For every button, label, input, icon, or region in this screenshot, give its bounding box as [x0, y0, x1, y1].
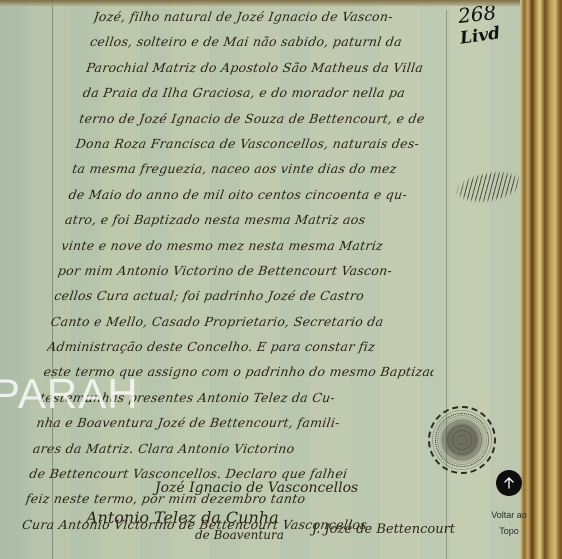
back-to-top-circle[interactable]: [496, 470, 522, 496]
text-line: cellos, solteiro e de Mai não sabido, pa…: [88, 29, 482, 54]
text-line: por mim Antonio Victorino de Bettencourt…: [56, 258, 450, 283]
signature: de Boaventura: [195, 528, 284, 542]
signature: Jozé Ignacio de Vasconcellos: [155, 480, 358, 496]
text-line: atro, e foi Baptizado nesta mesma Matriz…: [63, 207, 457, 232]
back-to-top-label-line2: Topo: [499, 526, 519, 536]
margin-annotation: Livd: [459, 23, 502, 48]
margin-scribble: [453, 166, 525, 207]
back-to-top-button[interactable]: Voltar ao Topo: [481, 470, 537, 539]
text-line: ares da Matriz. Clara Antonio Victorino: [31, 436, 425, 461]
text-line: cellos Cura actual; foi padrinho Jozé de…: [53, 283, 447, 308]
text-line: da Praia da Ilha Graciosa, e do morador …: [81, 80, 475, 105]
text-line: Parochial Matriz do Apostolo São Matheus…: [85, 55, 479, 80]
document-image-viewer[interactable]: Jozé, filho natural de Jozé Ignacio de V…: [0, 0, 562, 559]
back-to-top-label[interactable]: Voltar ao Topo: [481, 507, 537, 539]
text-line: terno de Jozé Ignacio de Souza de Betten…: [78, 106, 472, 131]
text-line: Administração deste Concelho. E para con…: [46, 334, 440, 359]
text-line: ta mesma freguezia, naceo aos vinte dias…: [70, 156, 464, 181]
text-line: vinte e nove do mesmo mez nesta mesma Ma…: [60, 233, 454, 258]
back-to-top-label-line1: Voltar ao: [491, 510, 527, 520]
signature: Antonio Telez da Cunha: [86, 508, 279, 527]
signature: J. Jozé de Bettencourt: [312, 522, 455, 537]
text-line: Dona Roza Francisca de Vasconcellos, nat…: [74, 131, 468, 156]
text-line: Jozé, filho natural de Jozé Ignacio de V…: [92, 4, 486, 29]
ink-seal-stamp: [428, 406, 496, 474]
watermark: PARAH: [0, 370, 139, 418]
manuscript-page: Jozé, filho natural de Jozé Ignacio de V…: [0, 0, 520, 559]
record-text: Jozé, filho natural de Jozé Ignacio de V…: [21, 4, 486, 537]
arrow-up-icon: [502, 476, 516, 490]
text-line: de Maio do anno de mil oito centos cinco…: [67, 182, 461, 207]
text-line: Canto e Mello, Casado Proprietario, Secr…: [49, 309, 443, 334]
